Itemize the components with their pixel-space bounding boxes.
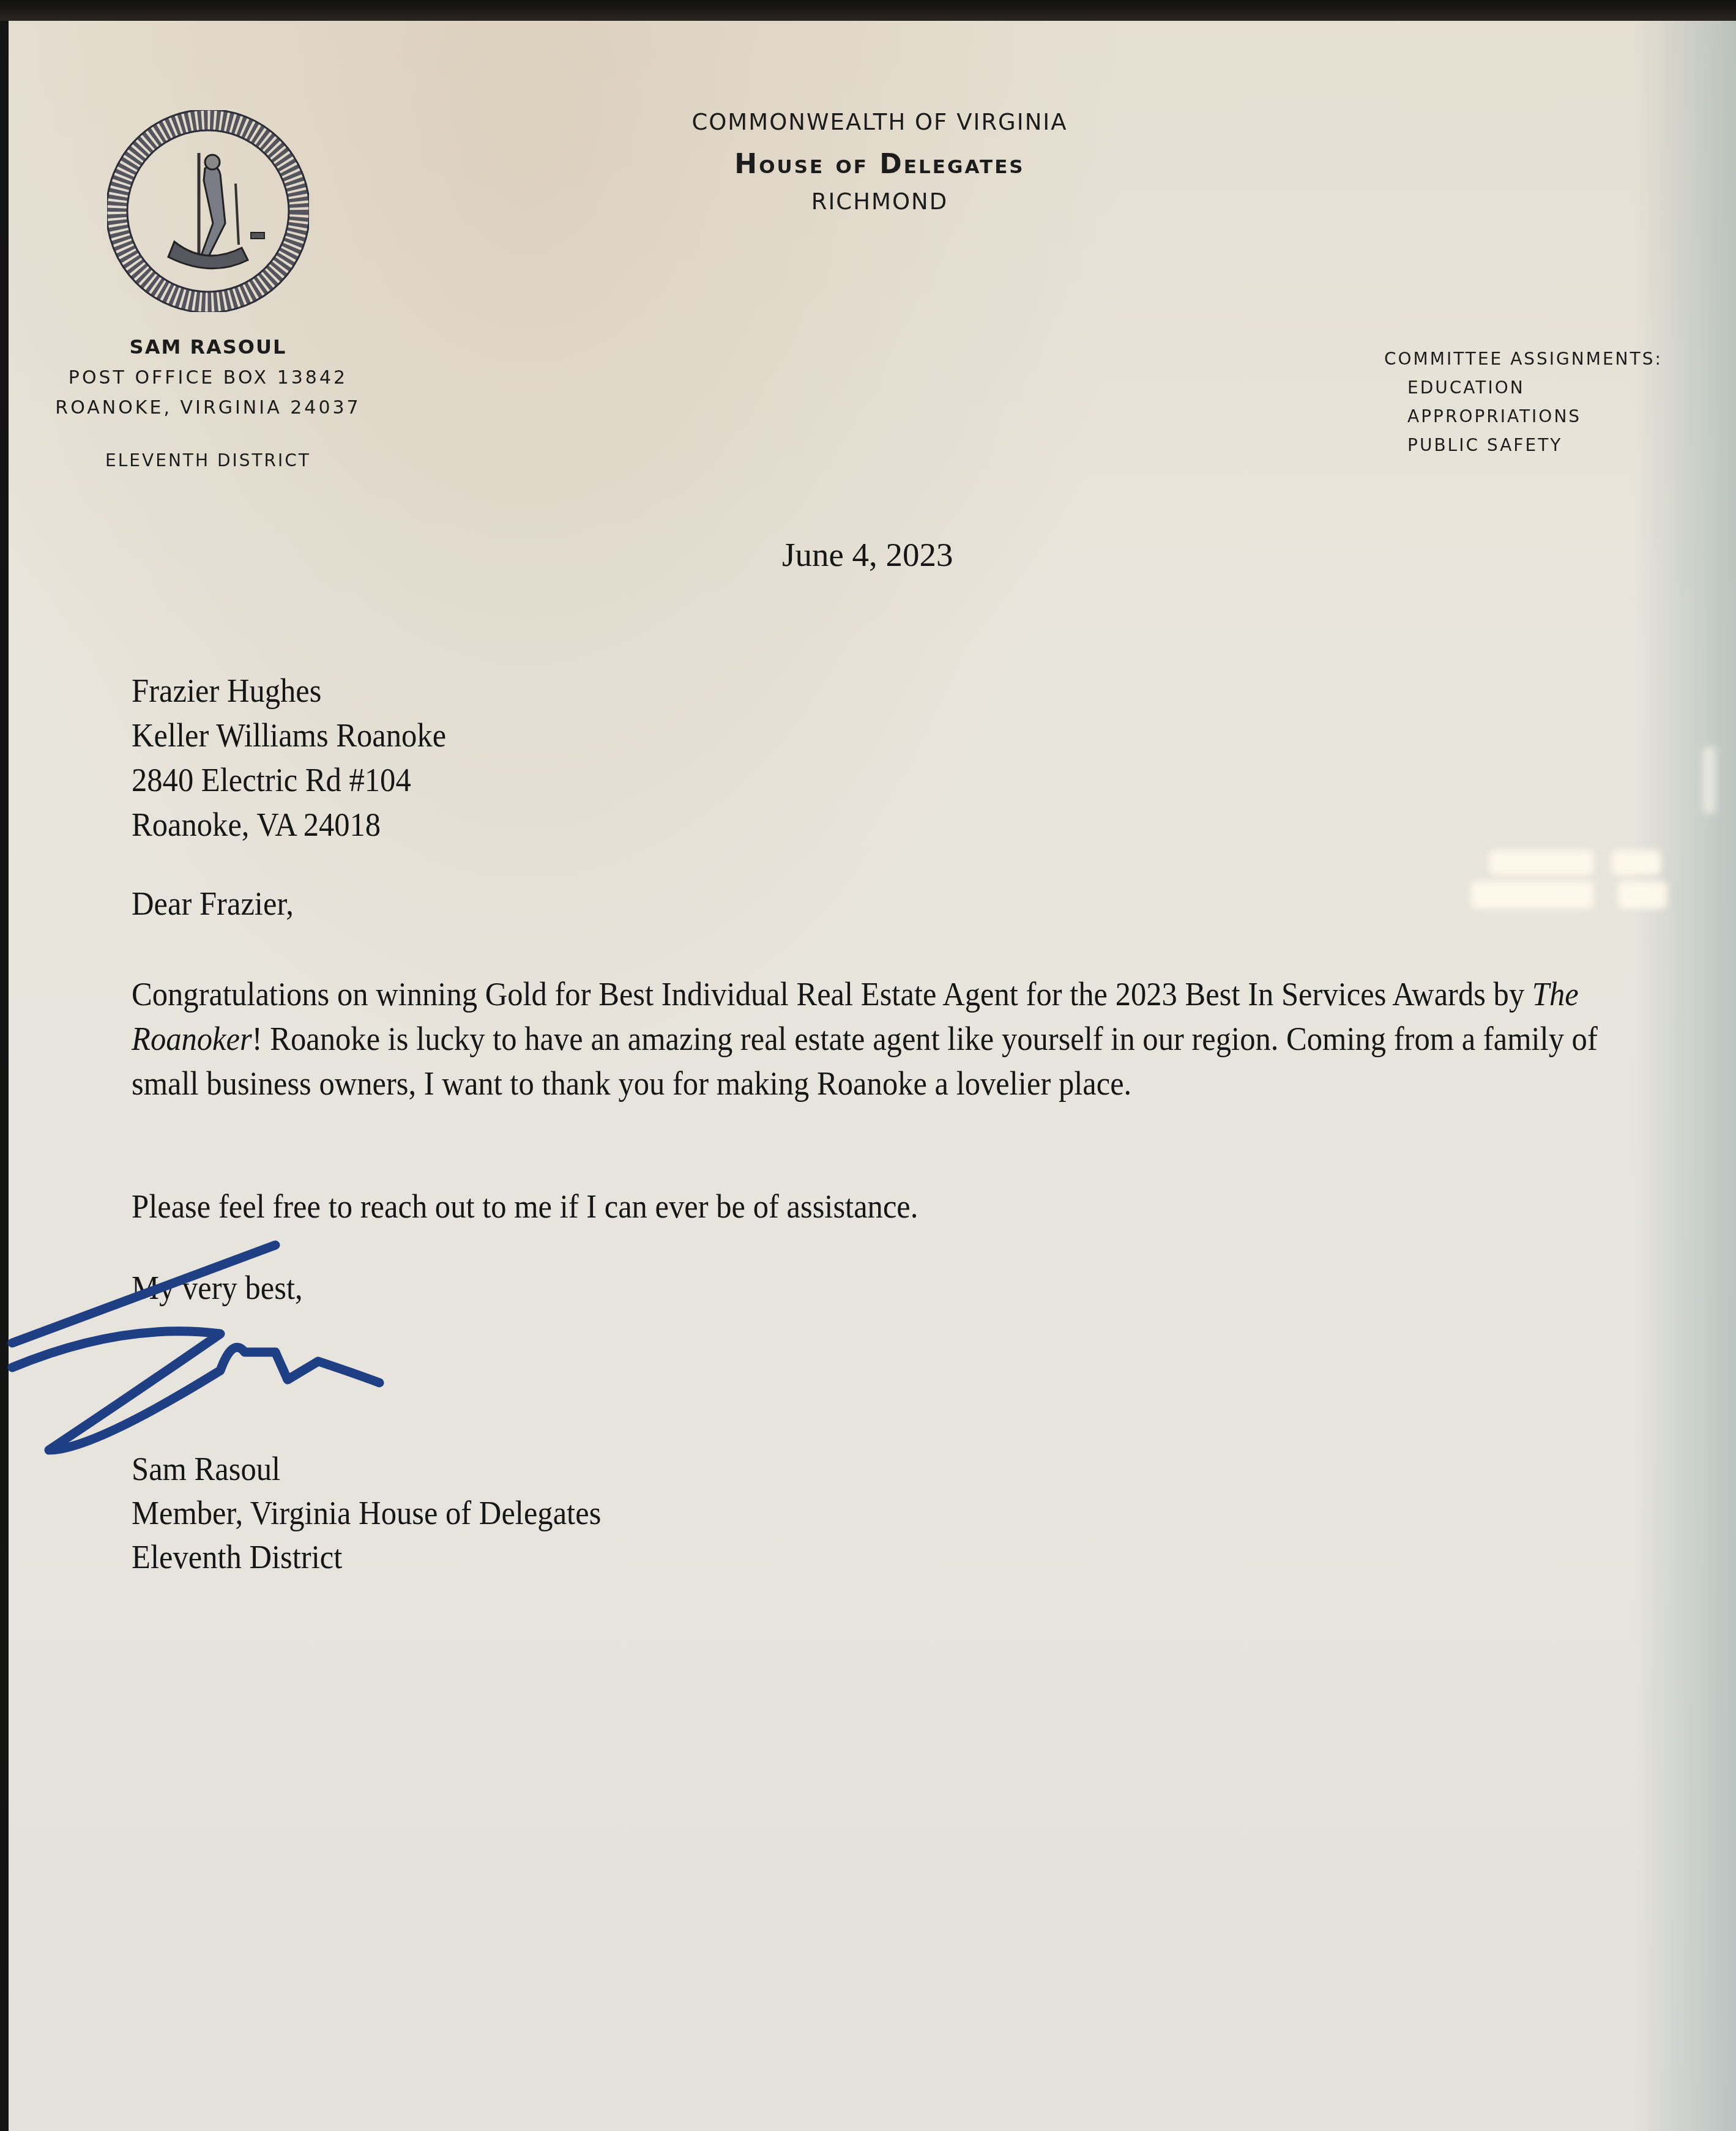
sender-district: ELEVENTH DISTRICT [24, 450, 392, 470]
recipient-address-block: Frazier Hughes Keller Williams Roanoke 2… [132, 668, 446, 847]
body-paragraph-1: Congratulations on winning Gold for Best… [132, 972, 1629, 1106]
letter-date: June 4, 2023 [782, 535, 953, 574]
letterhead-sender-info: SAM RASOUL POST OFFICE BOX 13842 ROANOKE… [24, 335, 392, 470]
letterhead-title: COMMONWEALTH OF VIRGINIA House of Delega… [551, 104, 1209, 215]
committee-heading: COMMITTEE ASSIGNMENTS: [1384, 349, 1663, 369]
paragraph-text: ! Roanoke is lucky to have an amazing re… [132, 1020, 1598, 1102]
committee-item: APPROPRIATIONS [1407, 406, 1663, 426]
signer-title: Member, Virginia House of Delegates [132, 1491, 601, 1535]
glare-reflection [1618, 881, 1667, 909]
recipient-line: Keller Williams Roanoke [132, 713, 446, 757]
paragraph-text: Congratulations on winning Gold for Best… [132, 975, 1532, 1013]
closing: My very best, [132, 1265, 303, 1310]
sender-address-line1: POST OFFICE BOX 13842 [24, 367, 392, 389]
sender-address-line2: ROANOKE, VIRGINIA 24037 [24, 397, 392, 418]
signer-district: Eleventh District [132, 1535, 601, 1579]
committee-assignments: COMMITTEE ASSIGNMENTS: EDUCATION APPROPR… [1384, 349, 1663, 464]
virginia-state-seal-icon [107, 110, 309, 312]
letterhead-city: RICHMOND [551, 188, 1209, 215]
glare-reflection [1489, 850, 1593, 875]
signature-block: Sam Rasoul Member, Virginia House of Del… [132, 1447, 601, 1579]
letterhead-house-of-delegates: House of Delegates [551, 149, 1209, 180]
glare-reflection [1702, 746, 1716, 814]
glare-reflection [1612, 850, 1661, 875]
picture-frame-edge-left [0, 0, 9, 2131]
recipient-line: 2840 Electric Rd #104 [132, 757, 446, 802]
glare-reflection [1471, 881, 1593, 909]
letterhead-commonwealth: COMMONWEALTH OF VIRGINIA [551, 109, 1209, 135]
signer-name: Sam Rasoul [132, 1447, 601, 1491]
committee-item: PUBLIC SAFETY [1407, 435, 1663, 455]
sender-name: SAM RASOUL [24, 335, 392, 359]
picture-frame-edge-top [0, 0, 1736, 21]
committee-item: EDUCATION [1407, 377, 1663, 398]
recipient-line: Roanoke, VA 24018 [132, 802, 446, 847]
salutation: Dear Frazier, [132, 881, 294, 926]
recipient-line: Frazier Hughes [132, 668, 446, 713]
body-paragraph-2: Please feel free to reach out to me if I… [132, 1184, 918, 1229]
